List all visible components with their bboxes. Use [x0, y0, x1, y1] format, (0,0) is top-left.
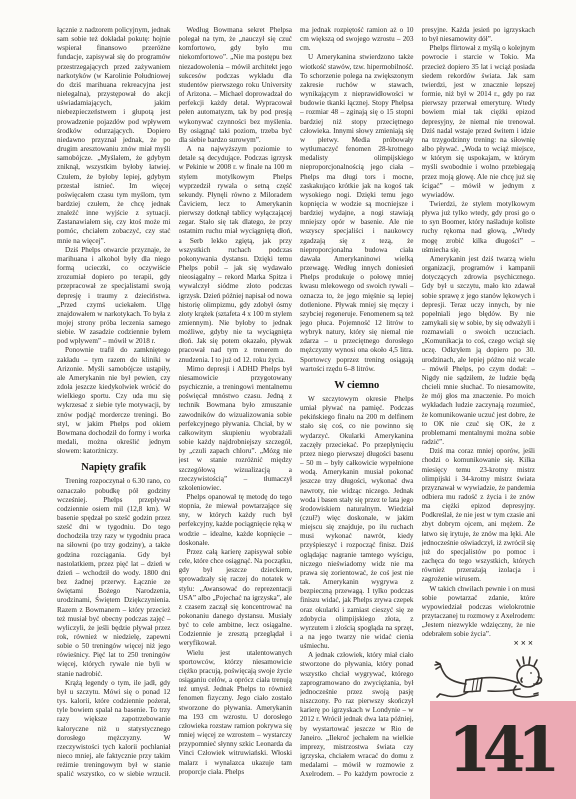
cartoon-arm — [513, 686, 538, 697]
paragraph: Wielu jest utalentowanych sportowców, kt… — [179, 649, 293, 777]
paragraph: Dziś ma coraz mniej oporów, jeśli chodzi… — [422, 447, 536, 584]
paragraph: łącznie z nadzorem policyjnym, jednak sa… — [57, 26, 171, 246]
text-column-3: ma jednak rozpiętość ramion aż o 10 cm w… — [300, 26, 414, 778]
cartoon-ground-leg — [437, 692, 468, 697]
paragraph: Mimo depresji i ADHD Phelps był niesamow… — [179, 365, 293, 493]
page-number-block: 141 — [430, 701, 576, 799]
paragraph: ma jednak rozpiętość ramion aż o 10 cm w… — [300, 26, 414, 53]
paragraph: A jednak człowiek, który miał ciało stwo… — [300, 651, 414, 778]
cartoon-shorts-stripes — [472, 679, 478, 692]
cartoon-eye — [530, 672, 532, 674]
paragraph: Amerykanin jest dziś twarzą wielu organi… — [422, 255, 536, 447]
prone-man-illustration — [430, 640, 554, 704]
section-heading-napiety-grafik: Napięty grafik — [57, 462, 171, 474]
cartoon-ear — [521, 678, 522, 682]
paragraph: Ponownie trafił do zamkniętego zakładu –… — [57, 346, 171, 456]
page-number: 141 — [448, 719, 557, 781]
paragraph: Przez całą karierę zapisywał sobie cele,… — [179, 548, 293, 649]
paragraph: W takich chwilach pewnie i on musi sobie… — [422, 585, 536, 640]
paragraph: Phelps flirtował z myślą o kolejnym powr… — [422, 44, 536, 200]
paragraph: U Amerykanina stwierdzono także wiotkość… — [300, 53, 414, 373]
text-column-1: łącznie z nadzorem policyjnym, jednak sa… — [57, 26, 171, 778]
paragraph: A na najwyższym poziomie to detale są de… — [179, 145, 293, 365]
paragraph: Według Bowmana sekret Phelpsa polegał na… — [179, 26, 293, 145]
cartoon-raised-leg — [435, 662, 466, 684]
paragraph: Krążą legendy o tym, ile jadł, gdy był u… — [57, 679, 171, 778]
cartoon-belly — [488, 689, 520, 691]
paragraph: presyjne. Każda jesień po igrzyskach to … — [422, 26, 536, 44]
section-heading-w-ciemno: W ciemno — [300, 380, 414, 392]
paragraph: Phelps opanował tę metodę do tego stopni… — [179, 493, 293, 548]
paragraph: Trening rozpoczynał o 6.30 rano, co ozna… — [57, 477, 171, 678]
text-column-2: Według Bowmana sekret Phelpsa polegał na… — [179, 26, 293, 778]
paragraph: W szczytowym okresie Phelps umiał pływać… — [300, 395, 414, 651]
paragraph: Twierdzi, że stylem motylkowym pływa już… — [422, 200, 536, 255]
paragraph: Dziś Phelps otwarcie przyznaje, że marih… — [57, 246, 171, 347]
